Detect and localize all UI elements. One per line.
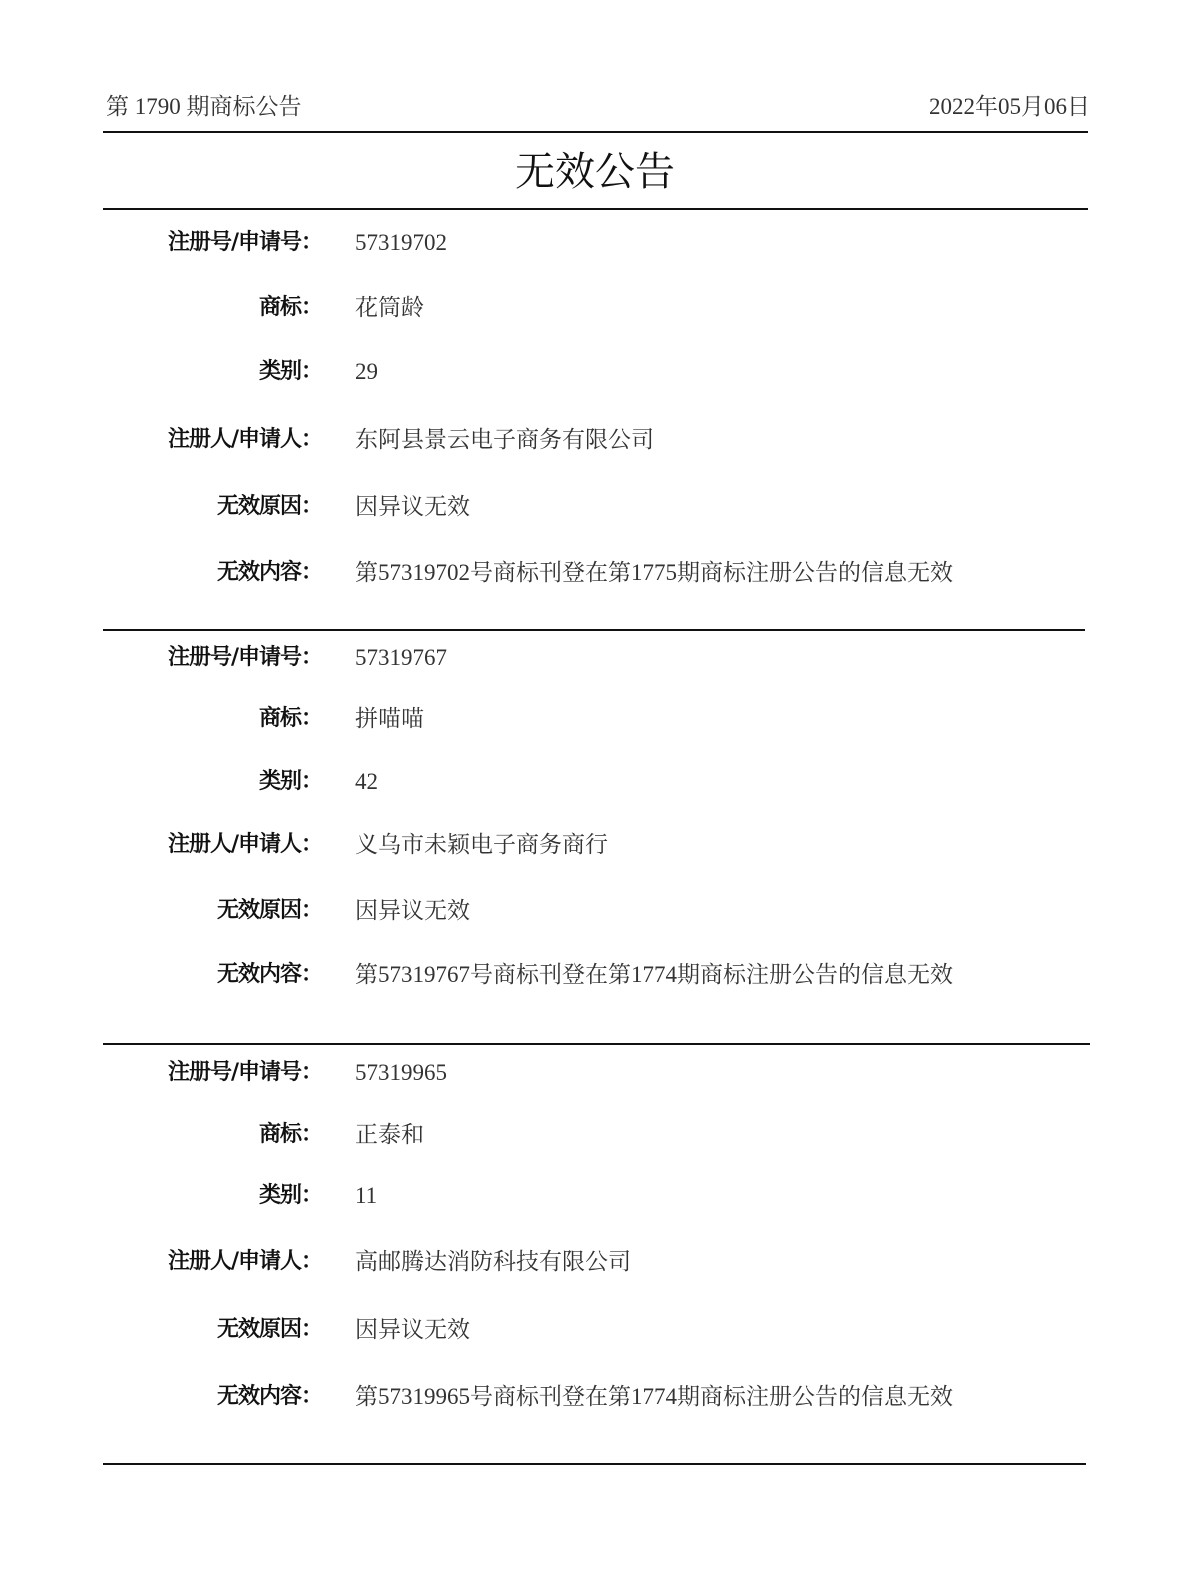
field-reason: 无效原因： 因异议无效	[0, 1312, 1190, 1348]
field-content: 无效内容： 第57319702号商标刊登在第1775期商标注册公告的信息无效	[0, 555, 1190, 591]
field-label: 商标：	[259, 290, 322, 326]
field-reg-no: 注册号/申请号： 57319965	[0, 1055, 1190, 1091]
reason-value: 因异议无效	[355, 893, 470, 929]
field-label: 无效原因：	[217, 893, 322, 929]
field-label: 注册人/申请人：	[168, 1244, 322, 1280]
registrant-value: 义乌市未颖电子商务商行	[355, 827, 608, 863]
field-trademark: 商标： 正泰和	[0, 1117, 1190, 1153]
field-label: 无效内容：	[217, 1379, 322, 1415]
field-label: 注册人/申请人：	[168, 422, 322, 458]
field-label: 无效原因：	[217, 1312, 322, 1348]
field-trademark: 商标： 花筒龄	[0, 290, 1190, 326]
reg-no-value: 57319965	[355, 1055, 447, 1091]
page-title: 无效公告	[0, 144, 1190, 200]
trademark-value: 正泰和	[355, 1117, 424, 1153]
field-label: 注册号/申请号：	[168, 1055, 322, 1091]
content-value: 第57319965号商标刊登在第1774期商标注册公告的信息无效	[355, 1379, 953, 1415]
field-trademark: 商标： 拼喵喵	[0, 701, 1190, 737]
header-divider	[103, 131, 1088, 133]
field-label: 注册人/申请人：	[168, 827, 322, 863]
field-reason: 无效原因： 因异议无效	[0, 489, 1190, 525]
field-registrant: 注册人/申请人： 义乌市未颖电子商务商行	[0, 827, 1190, 863]
field-label: 注册号/申请号：	[168, 225, 322, 261]
entry-divider	[103, 629, 1085, 631]
publication-date: 2022年05月06日	[929, 92, 1090, 122]
field-label: 无效内容：	[217, 957, 322, 993]
class-value: 29	[355, 354, 378, 390]
title-divider	[103, 208, 1088, 210]
field-label: 类别：	[259, 764, 322, 800]
field-label: 无效内容：	[217, 555, 322, 591]
field-class: 类别： 42	[0, 764, 1190, 800]
reason-value: 因异议无效	[355, 489, 470, 525]
field-reg-no: 注册号/申请号： 57319767	[0, 640, 1190, 676]
reg-no-value: 57319702	[355, 225, 447, 261]
trademark-value: 拼喵喵	[355, 701, 424, 737]
field-label: 商标：	[259, 701, 322, 737]
field-label: 商标：	[259, 1117, 322, 1153]
registrant-value: 东阿县景云电子商务有限公司	[355, 422, 654, 458]
registrant-value: 高邮腾达消防科技有限公司	[355, 1244, 631, 1280]
field-registrant: 注册人/申请人： 东阿县景云电子商务有限公司	[0, 422, 1190, 458]
class-value: 11	[355, 1178, 377, 1214]
field-registrant: 注册人/申请人： 高邮腾达消防科技有限公司	[0, 1244, 1190, 1280]
reg-no-value: 57319767	[355, 640, 447, 676]
bottom-divider	[103, 1463, 1086, 1465]
content-value: 第57319767号商标刊登在第1774期商标注册公告的信息无效	[355, 957, 953, 993]
field-reason: 无效原因： 因异议无效	[0, 893, 1190, 929]
field-label: 无效原因：	[217, 489, 322, 525]
content-value: 第57319702号商标刊登在第1775期商标注册公告的信息无效	[355, 555, 953, 591]
field-content: 无效内容： 第57319965号商标刊登在第1774期商标注册公告的信息无效	[0, 1379, 1190, 1415]
reason-value: 因异议无效	[355, 1312, 470, 1348]
field-label: 类别：	[259, 354, 322, 390]
field-label: 注册号/申请号：	[168, 640, 322, 676]
field-content: 无效内容： 第57319767号商标刊登在第1774期商标注册公告的信息无效	[0, 957, 1190, 993]
trademark-value: 花筒龄	[355, 290, 424, 326]
issue-number: 第 1790 期商标公告	[106, 92, 302, 122]
class-value: 42	[355, 764, 378, 800]
entry-divider	[103, 1043, 1090, 1045]
field-class: 类别： 11	[0, 1178, 1190, 1214]
field-reg-no: 注册号/申请号： 57319702	[0, 225, 1190, 261]
field-class: 类别： 29	[0, 354, 1190, 390]
field-label: 类别：	[259, 1178, 322, 1214]
